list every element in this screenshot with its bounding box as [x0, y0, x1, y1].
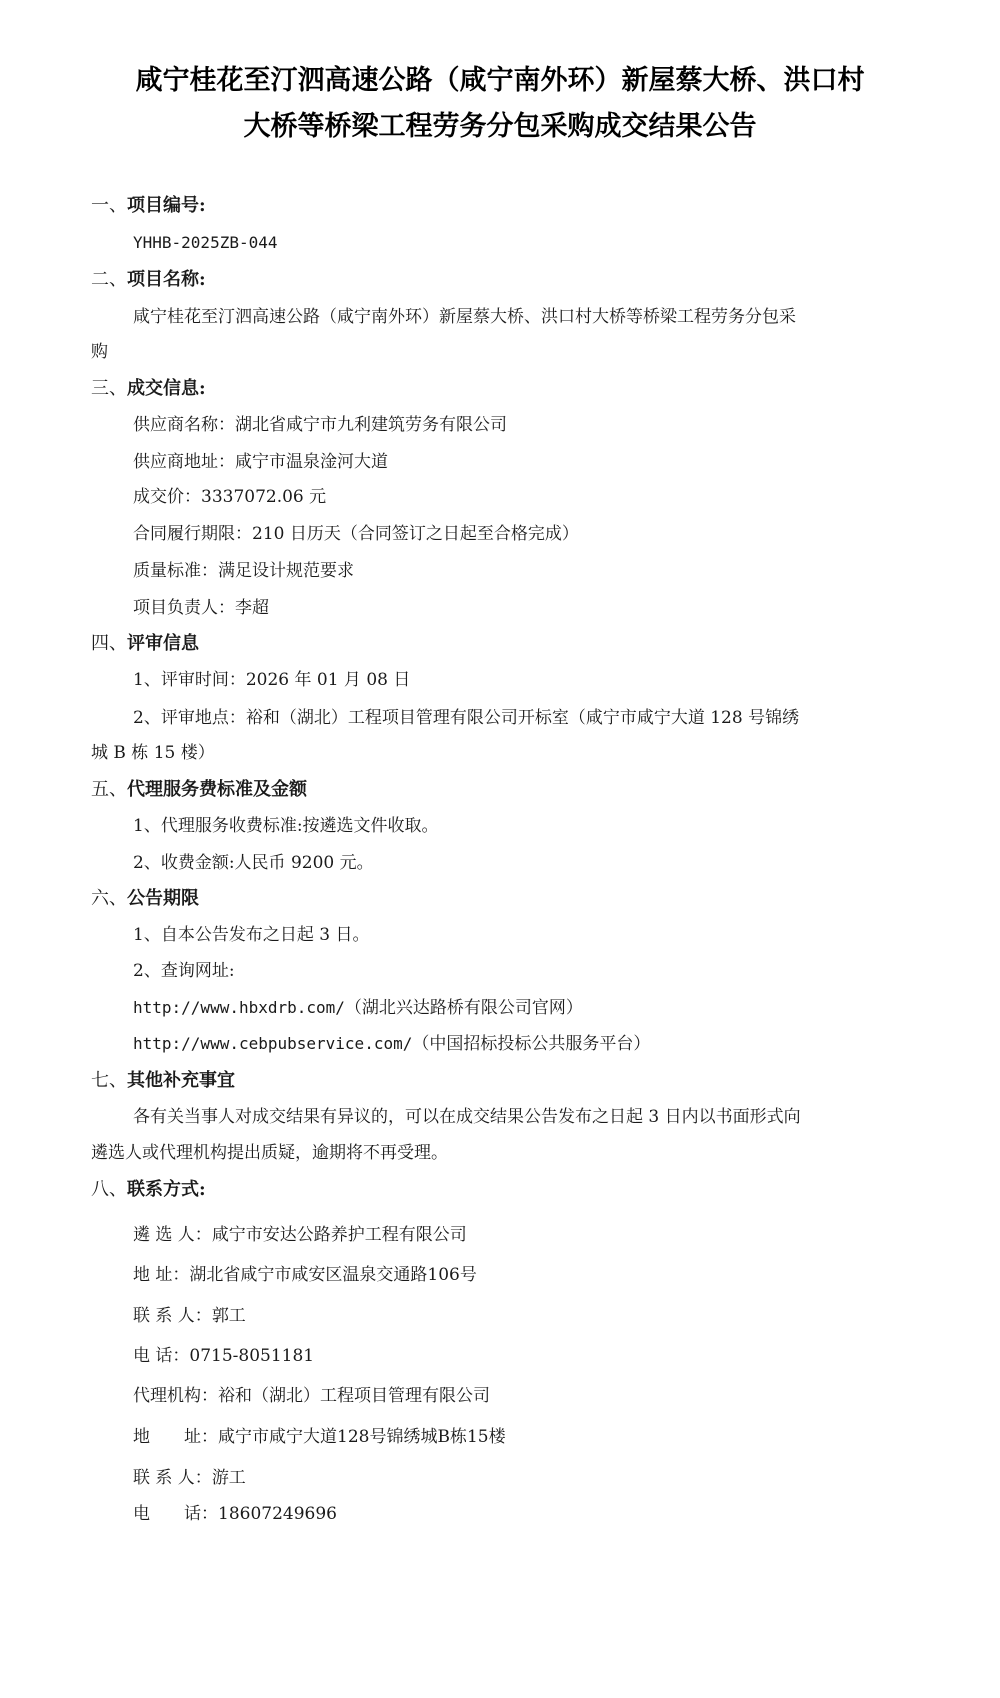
- contact-selector-phone: 电 话：0715-8051181: [133, 1345, 314, 1367]
- section-heading-text: 评审信息: [127, 633, 199, 654]
- review-location-line-1: 2、评审地点：裕和（湖北）工程项目管理有限公司开标室（咸宁市咸宁大道 128 号…: [133, 707, 799, 729]
- section-number: 三、: [91, 378, 127, 399]
- section-heading-text: 成交信息:: [127, 378, 206, 399]
- section-heading-agency-fee: 五、代理服务费标准及金额: [91, 779, 307, 801]
- contact-agency: 代理机构：裕和（湖北）工程项目管理有限公司: [133, 1385, 490, 1407]
- section-heading-text: 代理服务费标准及金额: [127, 779, 307, 800]
- section-heading-text: 联系方式:: [127, 1179, 206, 1200]
- contact-value: 18607249696: [218, 1504, 337, 1524]
- query-url-link[interactable]: http://www.cebpubservice.com/: [133, 1034, 412, 1053]
- contact-agency-phone: 电 话：18607249696: [133, 1503, 337, 1525]
- section-heading-text: 项目名称:: [127, 269, 206, 290]
- project-manager: 项目负责人：李超: [133, 597, 269, 619]
- review-time: 1、评审时间：2026 年 01 月 08 日: [133, 669, 410, 691]
- section-heading-other-matters: 七、其他补充事宜: [91, 1070, 235, 1092]
- supplier-address: 供应商地址：咸宁市温泉淦河大道: [133, 451, 388, 473]
- section-number: 八、: [91, 1179, 127, 1200]
- project-name-line-2: 购: [91, 341, 108, 363]
- contact-value: 咸宁市安达公路养护工程有限公司: [212, 1225, 467, 1245]
- contact-value: 0715-8051181: [189, 1346, 314, 1366]
- query-url-item: http://www.cebpubservice.com/（中国招标投标公共服务…: [133, 1033, 650, 1055]
- query-url-link[interactable]: http://www.hbxdrb.com/: [133, 998, 345, 1017]
- section-heading-announcement-period: 六、公告期限: [91, 888, 199, 910]
- contact-selector-address: 地 址：湖北省咸宁市咸安区温泉交通路106号: [133, 1264, 477, 1286]
- contact-label: 地 址：: [133, 1426, 218, 1448]
- contact-agency-person: 联 系 人：游工: [133, 1467, 246, 1489]
- query-url-description: （湖北兴达路桥有限公司官网）: [345, 998, 583, 1018]
- objection-notice-line-1: 各有关当事人对成交结果有异议的，可以在成交结果公告发布之日起 3 日内以书面形式…: [133, 1106, 801, 1128]
- section-heading-contact: 八、联系方式:: [91, 1179, 206, 1201]
- contact-selector: 遴 选 人：咸宁市安达公路养护工程有限公司: [133, 1224, 467, 1246]
- contact-value: 郭工: [212, 1306, 246, 1326]
- supplier-name: 供应商名称：湖北省咸宁市九利建筑劳务有限公司: [133, 414, 507, 436]
- announcement-period: 1、自本公告发布之日起 3 日。: [133, 924, 369, 946]
- section-number: 七、: [91, 1070, 127, 1091]
- objection-notice-line-2: 遴选人或代理机构提出质疑，逾期将不再受理。: [91, 1142, 448, 1164]
- contact-label: 联 系 人：: [133, 1467, 212, 1489]
- section-number: 五、: [91, 779, 127, 800]
- deal-price: 成交价：3337072.06 元: [133, 486, 326, 508]
- document-title-line-2: 大桥等桥梁工程劳务分包采购成交结果公告: [0, 104, 1000, 143]
- project-number-value: YHHB-2025ZB-044: [133, 232, 278, 254]
- query-url-description: （中国招标投标公共服务平台）: [412, 1034, 650, 1054]
- query-url-item: http://www.hbxdrb.com/（湖北兴达路桥有限公司官网）: [133, 997, 583, 1019]
- contact-value: 裕和（湖北）工程项目管理有限公司: [218, 1386, 490, 1406]
- contact-value: 湖北省咸宁市咸安区温泉交通路106号: [189, 1265, 476, 1285]
- section-number: 四、: [91, 633, 127, 654]
- document-title-line-1: 咸宁桂花至汀泗高速公路（咸宁南外环）新屋蔡大桥、洪口村: [0, 58, 1000, 97]
- section-heading-text: 公告期限: [127, 888, 199, 909]
- section-number: 一、: [91, 195, 127, 216]
- contact-label: 电 话：: [133, 1503, 218, 1525]
- contact-label: 地 址：: [133, 1264, 189, 1286]
- project-name-line-1: 咸宁桂花至汀泗高速公路（咸宁南外环）新屋蔡大桥、洪口村大桥等桥梁工程劳务分包采: [133, 306, 796, 328]
- query-urls-label: 2、查询网址:: [133, 960, 235, 982]
- contact-label: 遴 选 人：: [133, 1224, 212, 1246]
- section-heading-text: 项目编号:: [127, 195, 206, 216]
- agency-fee-standard: 1、代理服务收费标准:按遴选文件收取。: [133, 815, 439, 837]
- agency-fee-amount: 2、收费金额:人民币 9200 元。: [133, 852, 374, 874]
- quality-standard: 质量标准：满足设计规范要求: [133, 560, 354, 582]
- contact-value: 游工: [212, 1468, 246, 1488]
- section-heading-review-info: 四、评审信息: [91, 633, 199, 655]
- section-heading-deal-info: 三、成交信息:: [91, 378, 206, 400]
- section-heading-project-number: 一、项目编号:: [91, 195, 206, 217]
- section-heading-project-name: 二、项目名称:: [91, 269, 206, 291]
- contract-period: 合同履行期限：210 日历天（合同签订之日起至合格完成）: [133, 523, 579, 545]
- contact-label: 代理机构：: [133, 1385, 218, 1407]
- contact-label: 电 话：: [133, 1345, 189, 1367]
- contact-value: 咸宁市咸宁大道128号锦绣城B栋15楼: [218, 1427, 506, 1447]
- contact-label: 联 系 人：: [133, 1305, 212, 1327]
- review-location-line-2: 城 B 栋 15 楼）: [91, 742, 215, 764]
- section-number: 二、: [91, 269, 127, 290]
- section-number: 六、: [91, 888, 127, 909]
- contact-agency-address: 地 址：咸宁市咸宁大道128号锦绣城B栋15楼: [133, 1426, 506, 1448]
- section-heading-text: 其他补充事宜: [127, 1070, 235, 1091]
- contact-selector-person: 联 系 人：郭工: [133, 1305, 246, 1327]
